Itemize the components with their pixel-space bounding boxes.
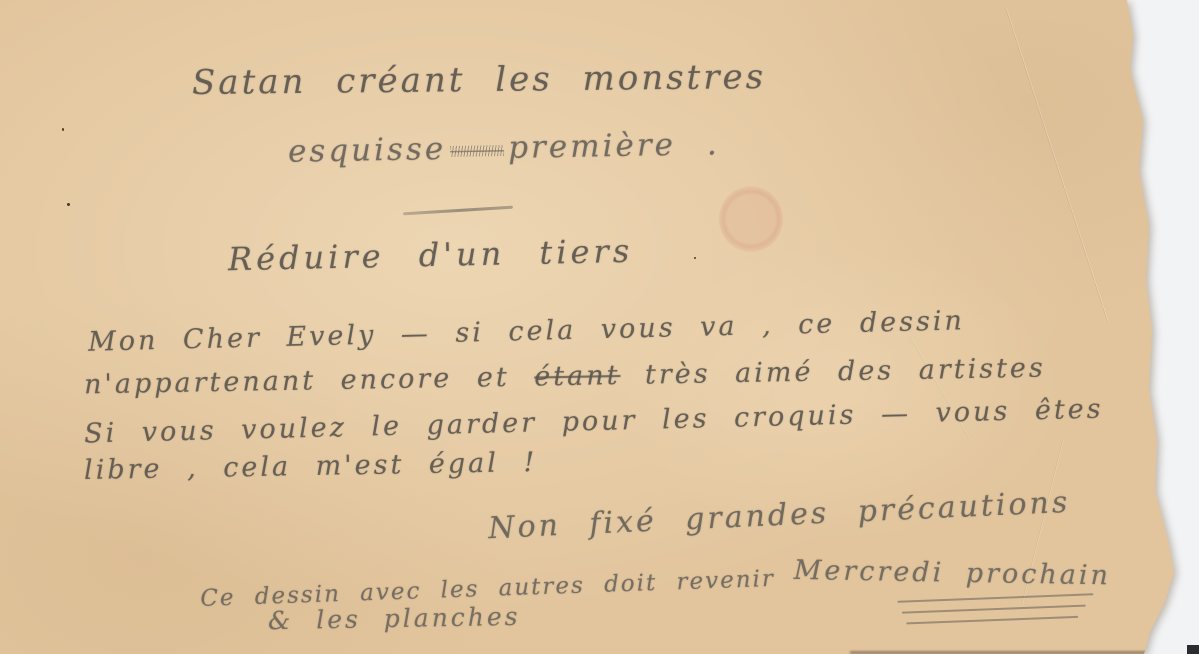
title-line-1: Satan créant les monstres [192,57,766,103]
paper-speck [694,257,696,259]
title-line-2-word1: esquisse [288,131,447,170]
triple-underline [897,593,1094,633]
paper-speck [67,203,70,206]
body-line-3: Si vous voulez le garder pour les croqui… [84,394,1104,450]
scan-corner-artifact [1187,645,1199,654]
pencil-divider-line [403,206,513,216]
note-line: Non fixé grandes précautions [488,485,1071,546]
body-line-2-post: très aimé des artistes [620,353,1046,391]
instruction-line: Réduire d'un tiers [228,232,634,278]
crossed-out-word: étant [534,360,621,392]
underline-stroke [897,593,1093,603]
underline-stroke [902,605,1086,614]
paper-shadow: Satan créant les monstres esquissepremiè… [0,0,1199,654]
title-line-2: esquissepremière . [288,126,720,170]
red-ink-stamp [719,186,783,252]
body-line-4: libre , cela m'est égal ! [84,447,538,486]
underline-stroke [906,616,1078,625]
footer-line-2: & les planches [268,602,521,635]
body-line-2: n'appartenant encore et étant très aimé … [84,353,1046,401]
paper-crease [1005,8,1109,322]
body-line-2-pre: n'appartenant encore et [84,362,535,401]
scribbled-out-word [450,145,504,157]
scanned-note: Satan créant les monstres esquissepremiè… [0,0,1199,654]
body-line-1: Mon Cher Evely — si cela vous va , ce de… [88,305,965,357]
footer-line-1-emphasis: Mercredi prochain [794,555,1112,592]
paper-speck [62,128,64,131]
paper-sheet: Satan créant les monstres esquissepremiè… [0,0,1199,654]
title-line-2-word2: première . [508,126,720,166]
